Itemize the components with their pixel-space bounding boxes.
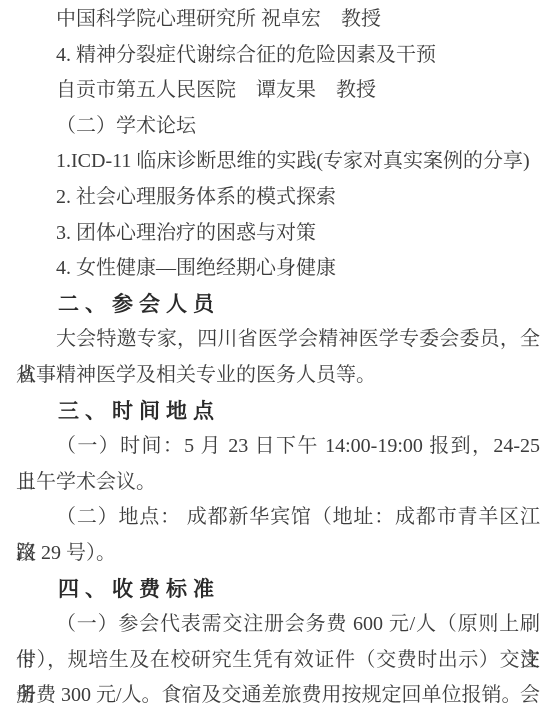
fees-text-line-1: （一）参会代表需交注册会务费 600 元/人（原则上刷卡支 [16, 607, 540, 643]
forum-item-2: 2. 社会心理服务体系的模式探索 [16, 180, 540, 216]
section-heading-fees: 四、收费标准 [16, 572, 540, 608]
place-text-line-1: （二）地点： 成都新华宾馆（地址：成都市青羊区江汉 [16, 500, 540, 536]
forum-item-1: 1.ICD-11 临床诊断思维的实践(专家对真实案例的分享) [16, 144, 540, 180]
section-heading-time-place: 三、时间地点 [16, 394, 540, 430]
subsection-heading-academic-forum: （二）学术论坛 [16, 109, 540, 145]
participants-text-line-1: 大会特邀专家，四川省医学会精神医学专委会委员，全省 [16, 322, 540, 358]
fees-text-line-2: 付），规培生及在校研究生凭有效证件（交费时出示）交注册会 [16, 643, 540, 679]
participants-text-line-2: 从事精神医学及相关专业的医务人员等。 [16, 358, 540, 394]
time-text-line-1: （一）时间：5 月 23 日下午 14:00-19:00 报到，24-25 日 [16, 429, 540, 465]
fees-text-line-3: 务费 300 元/人。食宿及交通差旅费用按规定回单位报销。 [16, 678, 540, 713]
document-page: 中国科学院心理研究所 祝卓宏 教授4. 精神分裂症代谢综合征的危险因素及干预自贡… [0, 0, 557, 713]
place-text-line-2: 路 29 号）。 [16, 536, 540, 572]
section-heading-participants: 二、参会人员 [16, 287, 540, 323]
speaker-line-tan-youguo: 自贡市第五人民医院 谭友果 教授 [16, 73, 540, 109]
forum-item-4: 4. 女性健康—围绝经期心身健康 [16, 251, 540, 287]
forum-item-3: 3. 团体心理治疗的困惑与对策 [16, 216, 540, 252]
lecture-item-4: 4. 精神分裂症代谢综合征的危险因素及干预 [16, 38, 540, 74]
time-text-line-2: 上午学术会议。 [16, 465, 540, 501]
speaker-line-zhu-zhuohong: 中国科学院心理研究所 祝卓宏 教授 [16, 2, 540, 38]
